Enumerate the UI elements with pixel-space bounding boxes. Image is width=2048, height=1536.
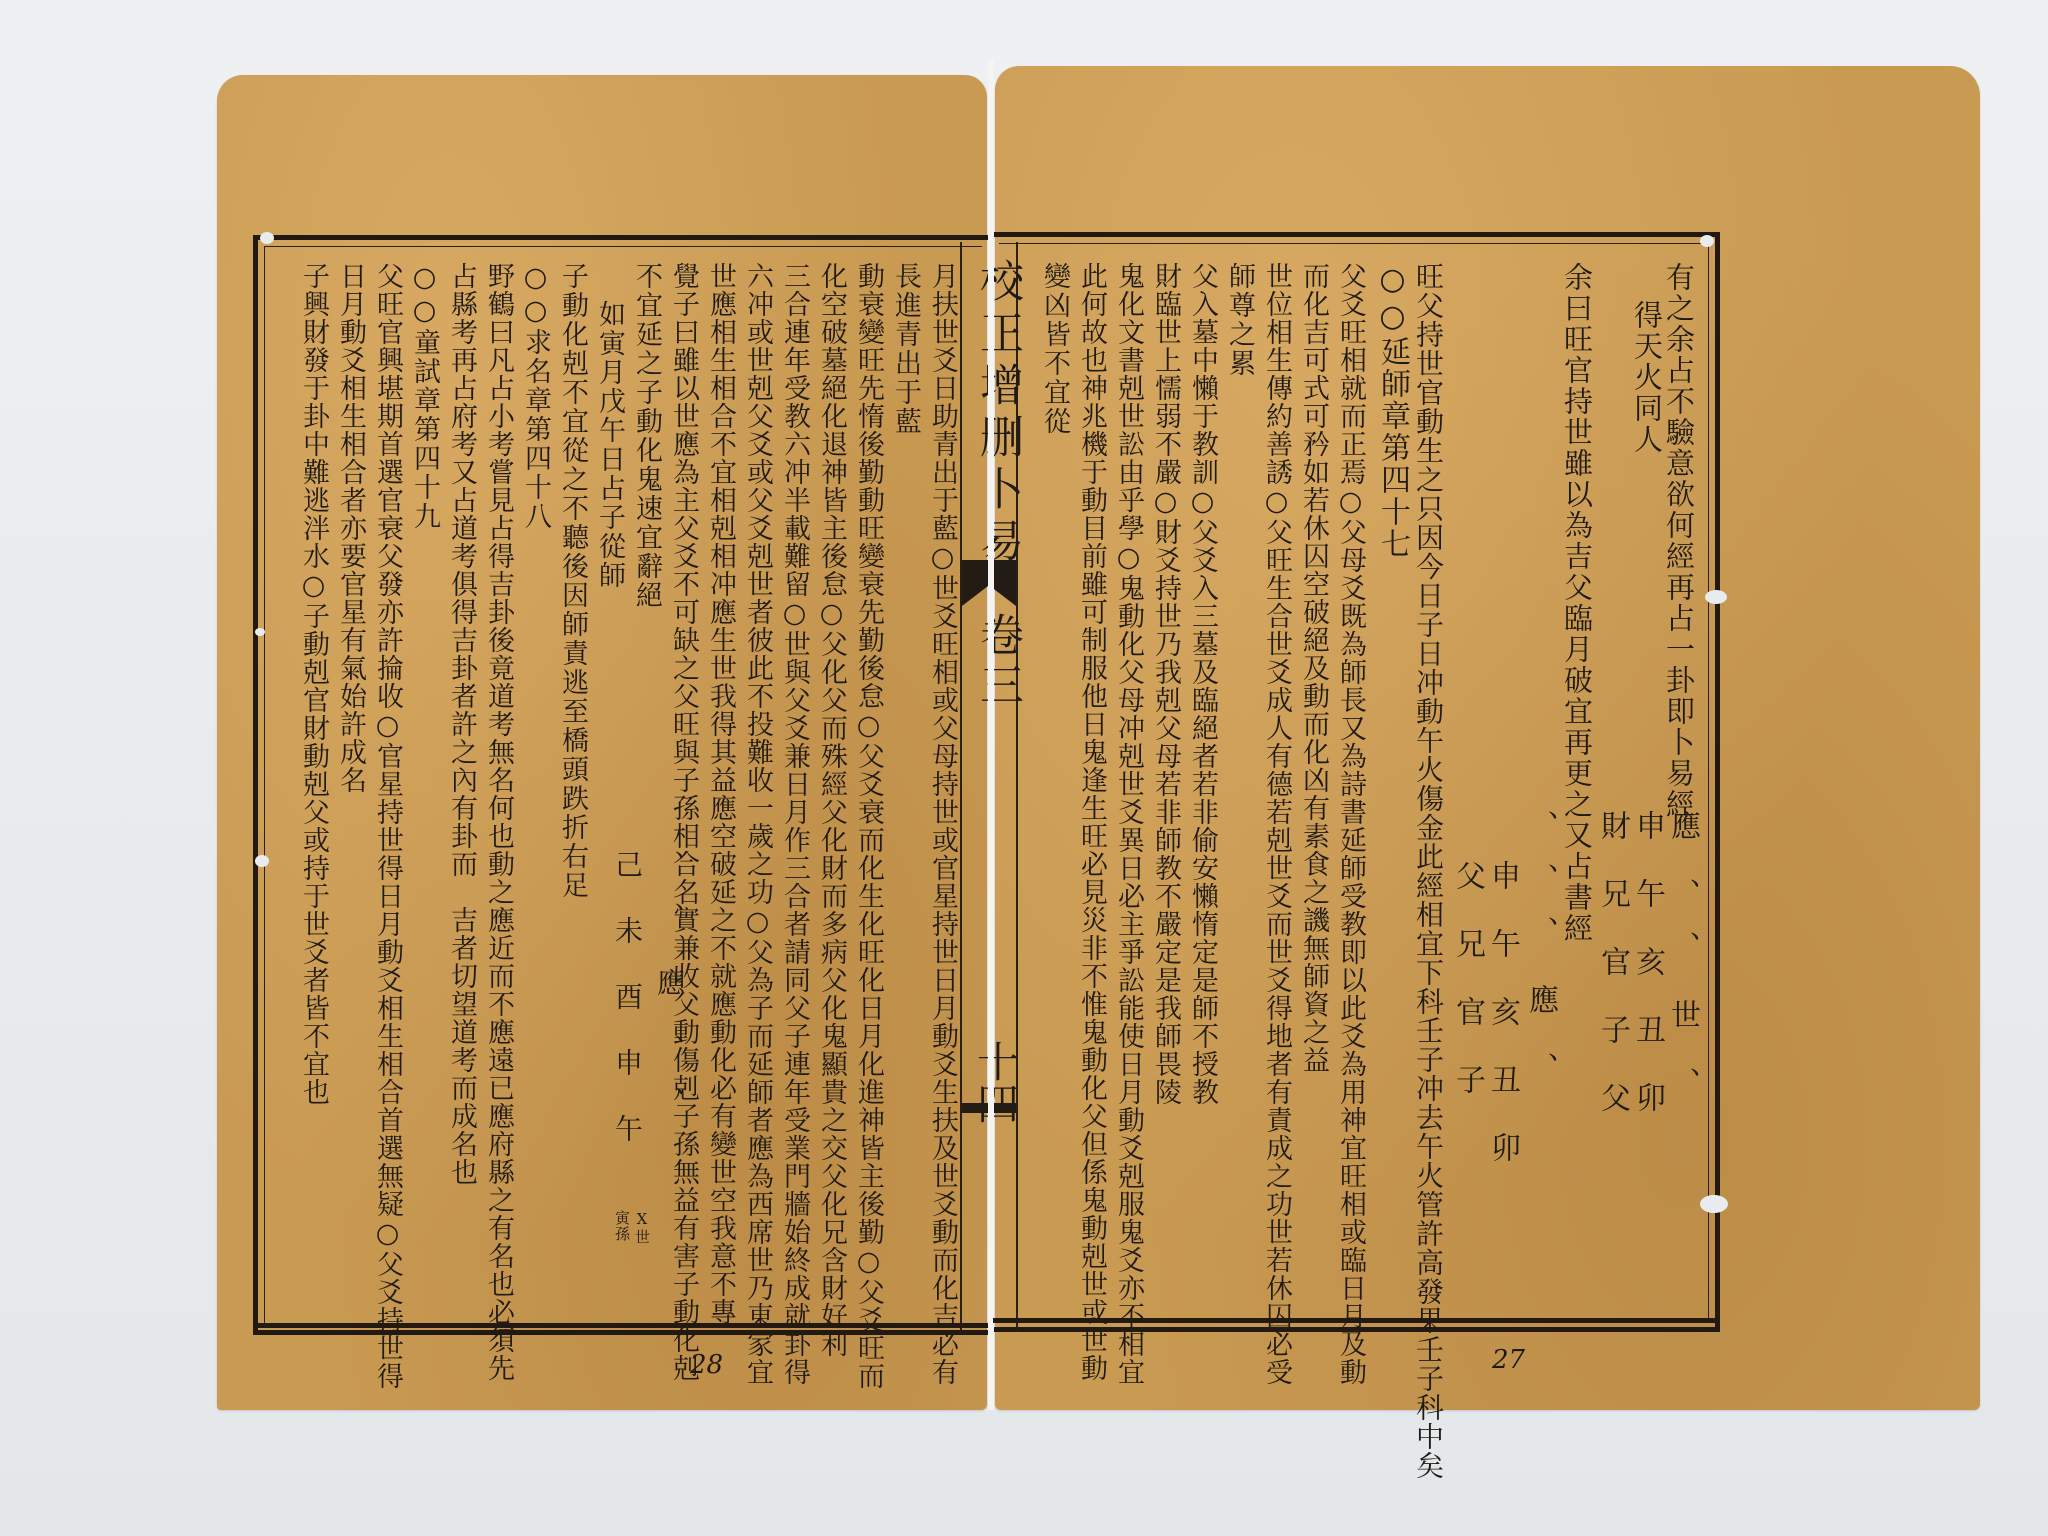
binding-hole <box>255 628 265 636</box>
text-column: 變凶皆不宜從 <box>1037 262 1071 436</box>
bottom-border <box>253 1323 988 1328</box>
text-column: 月扶世爻日助青出于藍○世爻旺相或父母持世或官星持世日月動爻生扶及世爻動而化吉必有 <box>925 262 959 1386</box>
hexagram-line-marks: 、、、應、 <box>1523 810 1557 1120</box>
text-column: 世位相生傳約善誘○父旺生合世爻成人有德若剋世爻而世爻得地者有責成之功世若休囚必受 <box>1259 262 1293 1386</box>
text-column: 子興財發于卦中難逃泮水○子動剋官財動剋父或持于世爻者皆不宜也 <box>296 262 330 1106</box>
text-column: 父旺官興堪期首選官衰父發亦許掄收○官星持世得日月動爻相生相合首選無疑○父爻持世得 <box>370 262 404 1390</box>
text-column: 父入墓中懶于教訓○父爻入三墓及臨絕者若非偷安懶惰定是師不授教 <box>1185 262 1219 1106</box>
text-column: 財臨世上懦弱不嚴○財爻持世乃我剋父母若非師教不嚴定是我師畏陵 <box>1148 262 1182 1106</box>
chapter-heading: ○○童試章第四十九 <box>407 262 441 531</box>
binding-hole <box>260 232 274 244</box>
page-number-left: 28 <box>690 1350 723 1380</box>
text-column: 旺父持世官動生之只因今日子日冲動午火傷金此經相宜下科壬子冲去午火管許高發果壬子科… <box>1412 262 1444 1480</box>
text-column: 不宜延之子動化鬼速宜辭絕 <box>629 262 663 610</box>
hexagram-annotation: 寅孫 <box>605 1210 639 1242</box>
hexagram-branches: 己未酉申午 <box>610 850 644 1180</box>
text-column: 父爻旺相就而正焉○父母爻既為師長又為詩書延師受教即以此爻為用神宜旺相或臨日月及動 <box>1333 262 1367 1386</box>
paper-tear <box>1700 1195 1728 1213</box>
hexagram-branches: 申午亥丑卯 <box>1485 860 1519 1200</box>
hexagram-line-marks: 應、、世、 <box>1665 810 1699 1135</box>
hexagram-line-marks: 、、應、、 <box>652 850 686 1152</box>
text-column: 而化吉可式可矜如若休囚空破絕及動而化凶有素食之譏無師資之益 <box>1296 262 1330 1074</box>
text-column: 三合連年受教六冲半載難留○世與父爻兼日月作三合者請同父子連年受業門牆始終成就卦得 <box>777 262 811 1386</box>
hexagram-branches: 申午亥丑卯 <box>1630 810 1664 1150</box>
book-title: 校正增删卜易 <box>965 258 1029 570</box>
volume-label: 卷三 <box>965 612 1029 712</box>
paper-tear <box>1705 590 1727 604</box>
chapter-heading: ○○求名章第四十八 <box>518 262 552 531</box>
text-column: 動衰變旺先惰後勤動旺變衰先勤後怠○父爻衰而化生化旺化日月化進神皆主後勤○父爻旺而 <box>851 262 885 1390</box>
text-column: 日月動爻相生相合者亦要官星有氣始許成名 <box>333 262 367 794</box>
text-column: 覺子曰雖以世應為主父爻不可缺之父旺與子孫相合名實兼收父動傷剋子孫無益有害子動化剋 <box>666 262 700 1382</box>
page-number-right: 27 <box>1492 1345 1525 1375</box>
binding-hole <box>255 855 269 867</box>
chapter-heading: ○○延師章第四十七 <box>1375 262 1409 560</box>
text-column: 得天火同人 <box>1630 300 1664 455</box>
text-column: 師尊之累 <box>1222 262 1256 378</box>
text-column: 此何故也神兆機于動目前雖可制服他日鬼逢生旺必見災非不惟鬼動化父但係鬼動剋世或世動 <box>1074 262 1108 1382</box>
text-column: 鬼化文書剋世訟由乎學○鬼動化父母冲剋世爻異日必主爭訟能使日月動爻剋服鬼爻亦不相宜 <box>1111 262 1145 1386</box>
text-column: 有之余占不驗意欲何經再占一卦即卜易經 <box>1662 262 1696 820</box>
text-column: 世應相生相合不宜相剋相冲應生世我得其益應空破延之不就應動化必有變世空我意不專 <box>703 262 737 1326</box>
text-column: 六冲或世剋父爻或父爻剋世者彼此不投難收一歲之功○父為子而延師者應為西席世乃東家宜 <box>740 262 774 1386</box>
hexagram-relations: 財兄官子父 <box>1595 810 1629 1150</box>
text-column: 野鶴曰凡占小考嘗見占得吉卦後竟道考無名何也動之應近而不應遠已應府縣之有名也必須先 <box>481 262 515 1382</box>
text-column: 如寅月戊午日占子從師 <box>592 300 626 590</box>
text-column: 占縣考再占府考又占道考俱得吉卦者許之內有卦而 吉者切望道考而成名也 <box>444 262 478 1186</box>
text-column: 化空破墓絕化退神皆主後怠○父化父而殊經父化財而多病父化鬼顯貴之交父化兄含財好利 <box>814 262 848 1358</box>
binding-hole <box>1700 235 1714 247</box>
text-column: 子動化剋不宜從之不聽後因師責逃至橋頭跌折右足 <box>555 262 589 900</box>
bottom-border <box>993 1318 1720 1323</box>
page-gutter <box>988 60 994 1410</box>
text-column: 長進青出于藍 <box>888 262 922 436</box>
hexagram-relations: 父兄官子 <box>1450 860 1484 1132</box>
text-column: 余曰旺官持世雖以為吉父臨月破宜再更之又占書經 <box>1560 262 1594 944</box>
